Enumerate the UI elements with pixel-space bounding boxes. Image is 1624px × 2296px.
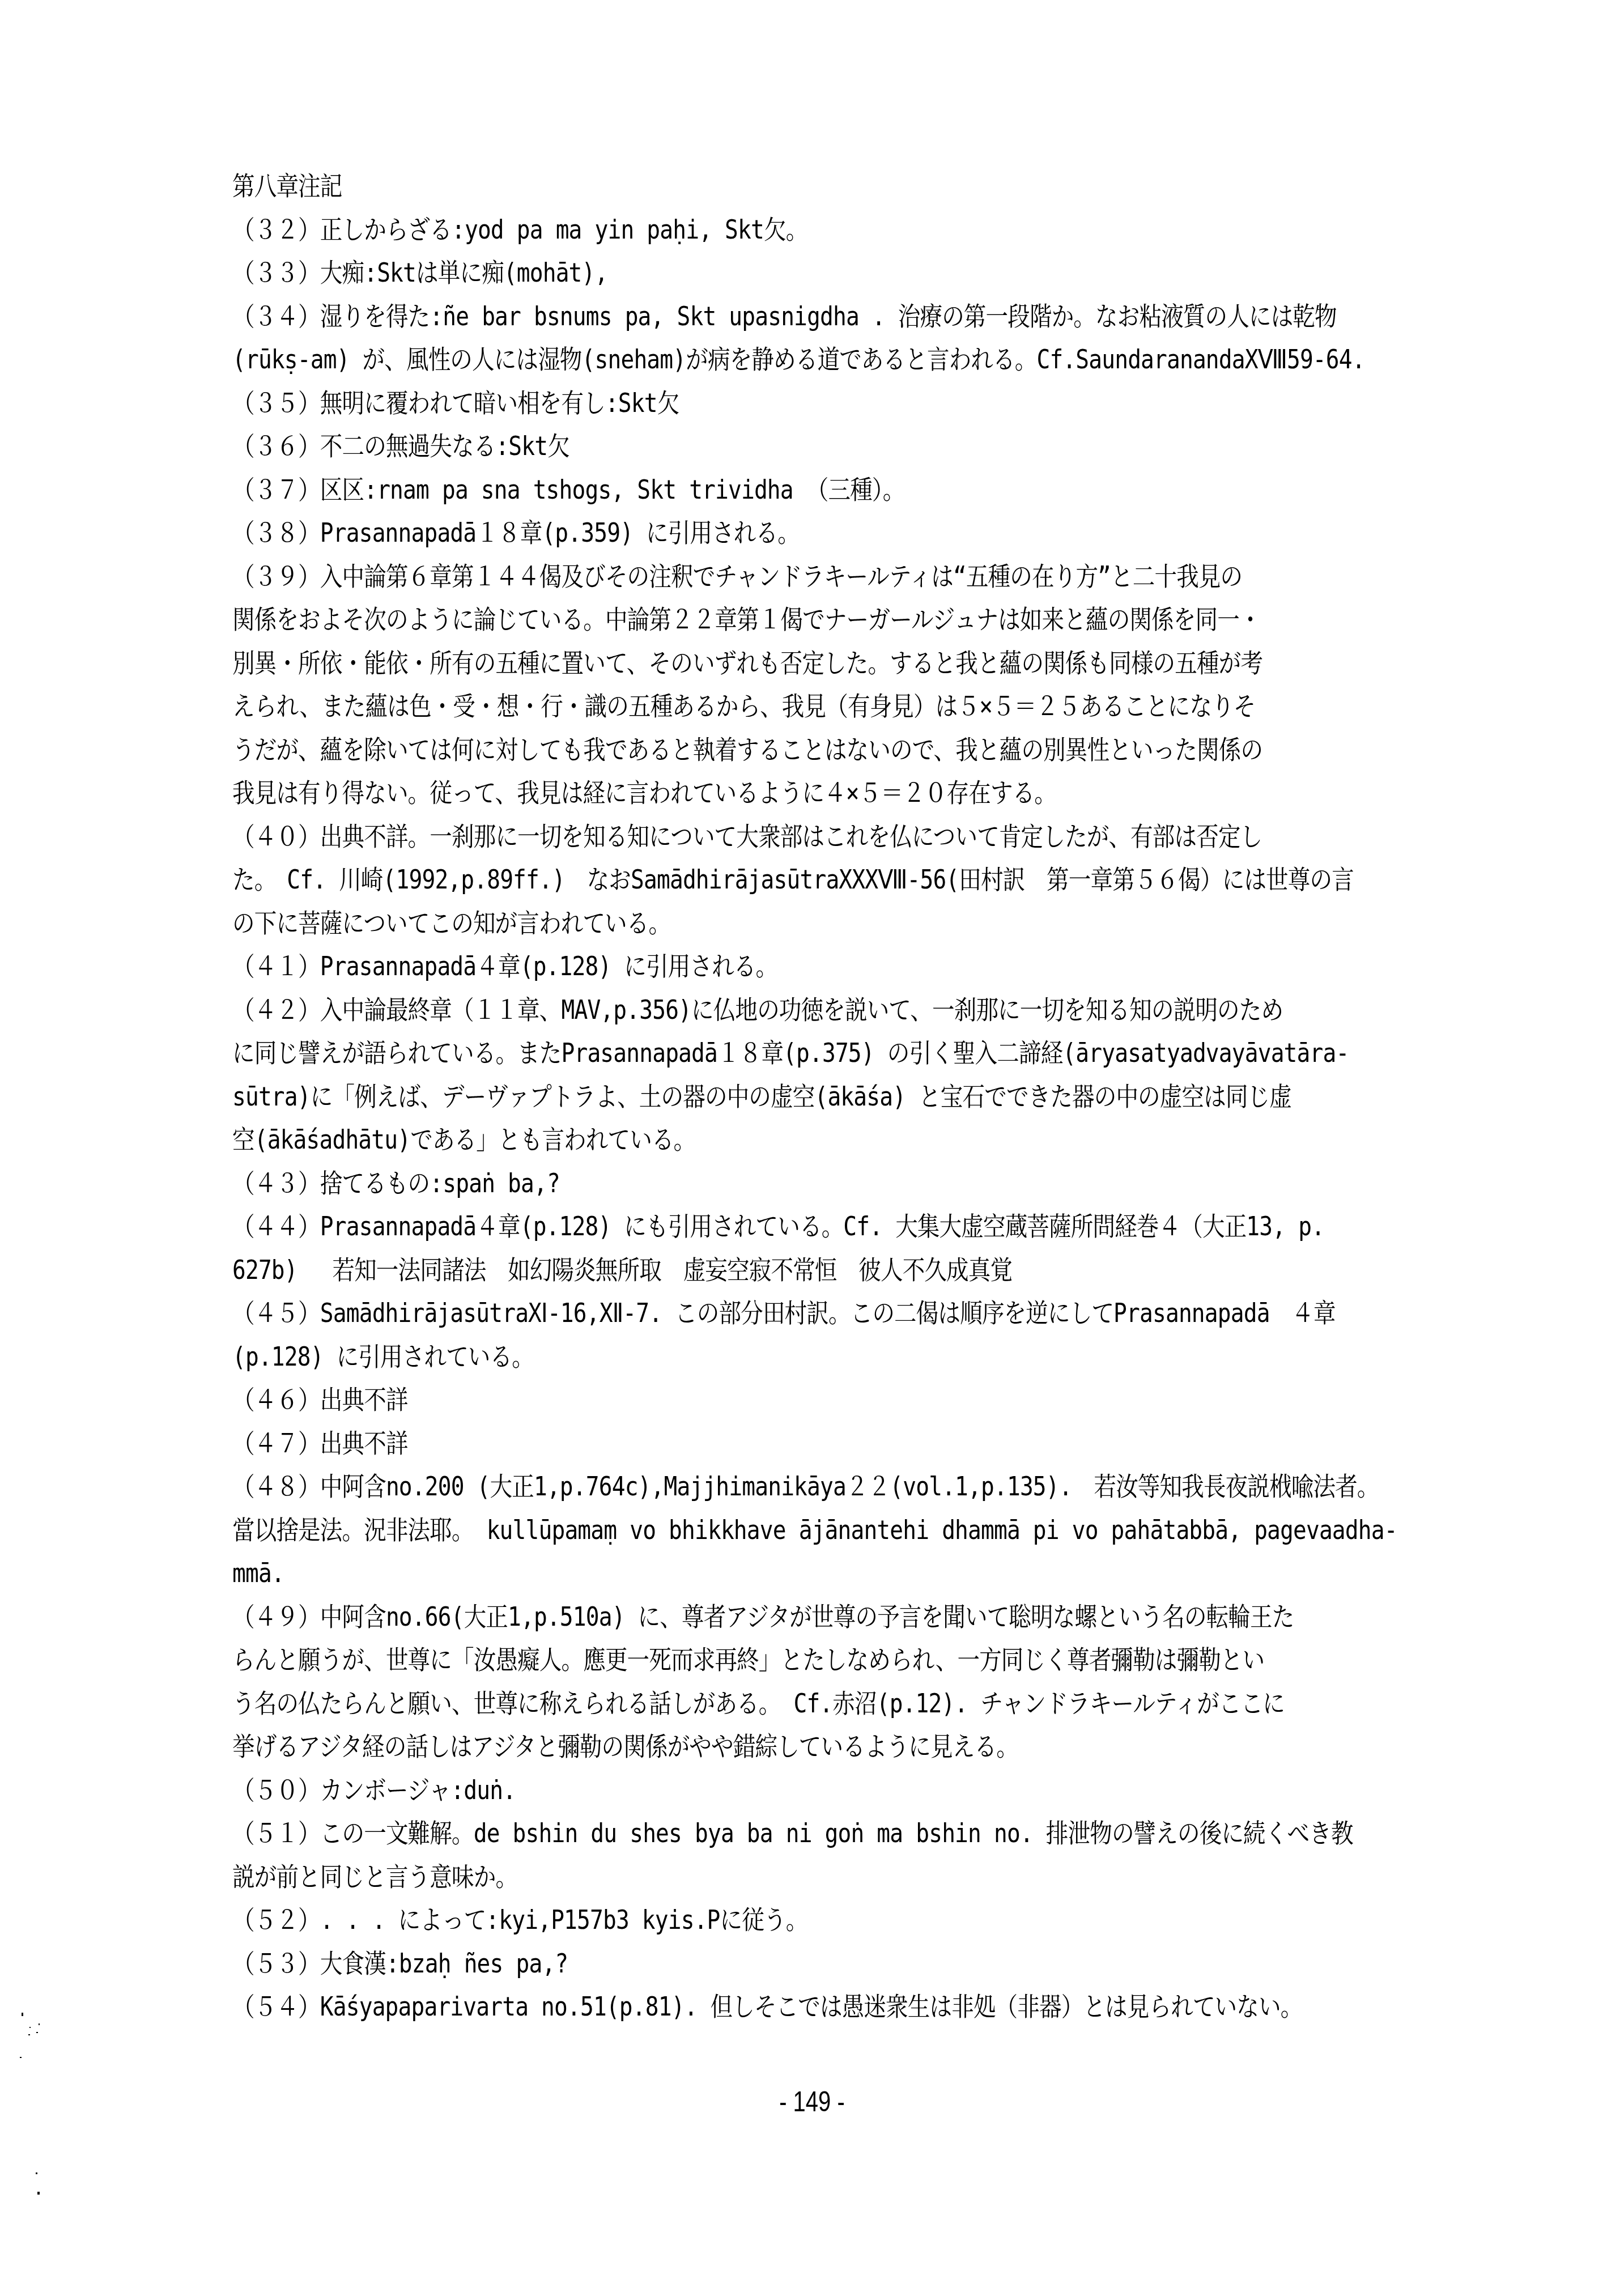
note-33: （３３）大痴:Sktは単に痴(mohāt), [232, 251, 1261, 295]
note-48-cont: 當以捨是法。況非法耶。 kullūpamaṃ vo bhikkhave ājān… [232, 1508, 1261, 1552]
note-49: （４９）中阿含no.66(大正1,p.510a) に、尊者アジタが世尊の予言を聞… [232, 1595, 1261, 1639]
note-50: （５０）カンボージャ:duṅ. [232, 1768, 1261, 1812]
note-49-cont: らんと願うが、世尊に「汝愚癡人。應更一死而求再終」とたしなめられ、一方同じく尊者… [232, 1638, 1261, 1682]
note-40: （４０）出典不詳。一刹那に一切を知る知について大衆部はこれを仏について肯定したが… [232, 815, 1261, 858]
note-45: （４５）SamādhirājasūtraXⅠ-16,XⅡ-7. この部分田村訳。… [232, 1291, 1261, 1335]
note-37: （３７）区区:rnam pa sna tshogs, Skt trividha … [232, 468, 1261, 512]
note-46: （４６）出典不詳 [232, 1378, 1261, 1422]
note-39-cont: えられ、また蘊は色・受・想・行・識の五種あるから、我見（有身見）は５×５＝２５あ… [232, 684, 1261, 728]
notes-page: 第八章注記 （３２）正しからざる:yod pa ma yin paḥi, Skt… [232, 164, 1428, 2029]
note-42: （４２）入中論最終章（１１章、MAV,p.356)に仏地の功徳を説いて、一刹那に… [232, 988, 1261, 1032]
note-40-cont: の下に菩薩についてこの知が言われている。 [232, 902, 1261, 945]
scan-artifact-marks [17, 2006, 51, 2233]
note-51-cont: 説が前と同じと言う意味か。 [232, 1855, 1261, 1899]
note-53: （５３）大食漢:bzaḥ ñes pa,? [232, 1942, 1261, 1985]
note-45-cont: (p.128) に引用されている。 [232, 1335, 1261, 1379]
note-54: （５４）Kāśyapaparivarta no.51(p.81). 但しそこでは… [232, 1985, 1261, 2029]
note-39: （３９）入中論第６章第１４４偈及びその注釈でチャンドラキールティは“五種の在り方… [232, 555, 1261, 598]
note-44: （４４）Prasannapadā４章(p.128) にも引用されている。Cf. … [232, 1205, 1261, 1248]
note-43: （４３）捨てるもの:spaṅ ba,? [232, 1162, 1261, 1205]
note-51: （５１）この一文難解。de bshin du shes bya ba ni go… [232, 1812, 1261, 1855]
note-35: （３５）無明に覆われて暗い相を有し:Skt欠 [232, 381, 1261, 425]
page-number: - 149 - [163, 2085, 1462, 2118]
note-41: （４１）Prasannapadā４章(p.128) に引用される。 [232, 945, 1261, 988]
note-34-cont: (rūkṣ-am) が、風性の人には湿物(sneham)が病を静める道であると言… [232, 338, 1261, 381]
note-34: （３４）湿りを得た:ñe bar bsnums pa, Skt upasnigd… [232, 295, 1261, 338]
note-42-cont: に同じ譬えが語られている。またPrasannapadā１８章(p.375) の引… [232, 1031, 1261, 1075]
note-40-cont: た。 Cf. 川崎(1992,p.89ff.) なおSamādhirājasūt… [232, 858, 1261, 902]
note-39-cont: うだが、蘊を除いては何に対しても我であると執着することはないので、我と蘊の別異性… [232, 728, 1261, 772]
note-48-cont: mmā. [232, 1551, 1261, 1595]
note-36: （３６）不二の無過失なる:Skt欠 [232, 424, 1261, 468]
note-39-cont: 我見は有り得ない。従って、我見は経に言われているように４×５＝２０存在する。 [232, 771, 1261, 815]
note-39-cont: 関係をおよそ次のように論じている。中論第２２章第１偈でナーガールジュナは如来と蘊… [232, 598, 1261, 641]
note-32: （３２）正しからざる:yod pa ma yin paḥi, Skt欠。 [232, 208, 1261, 252]
note-42-cont: sūtra)に「例えば、デーヴァプトラよ、土の器の中の虚空(ākāśa) と宝石… [232, 1075, 1261, 1119]
note-48: （４８）中阿含no.200 (大正1,p.764c),Majjhimanikāy… [232, 1465, 1261, 1508]
chapter-notes-heading: 第八章注記 [232, 164, 1261, 208]
note-49-cont: う名の仏たらんと願い、世尊に称えられる話しがある。 Cf.赤沼(p.12). チ… [232, 1682, 1261, 1725]
note-52: （５２）. . . によって:kyi,P157b3 kyis.Pに従う。 [232, 1898, 1261, 1942]
note-49-cont: 挙げるアジタ経の話しはアジタと彌勒の関係がやや錯綜しているように見える。 [232, 1725, 1261, 1768]
note-44-cont: 627b) 若知一法同諸法 如幻陽炎無所取 虚妄空寂不常恒 彼人不久成真覚 [232, 1248, 1261, 1292]
note-38: （３８）Prasannapadā１８章(p.359) に引用される。 [232, 511, 1261, 555]
note-42-cont: 空(ākāśadhātu)である」とも言われている。 [232, 1118, 1261, 1162]
note-47: （４７）出典不詳 [232, 1422, 1261, 1465]
note-39-cont: 別異・所依・能依・所有の五種に置いて、そのいずれも否定した。すると我と蘊の関係も… [232, 641, 1261, 685]
